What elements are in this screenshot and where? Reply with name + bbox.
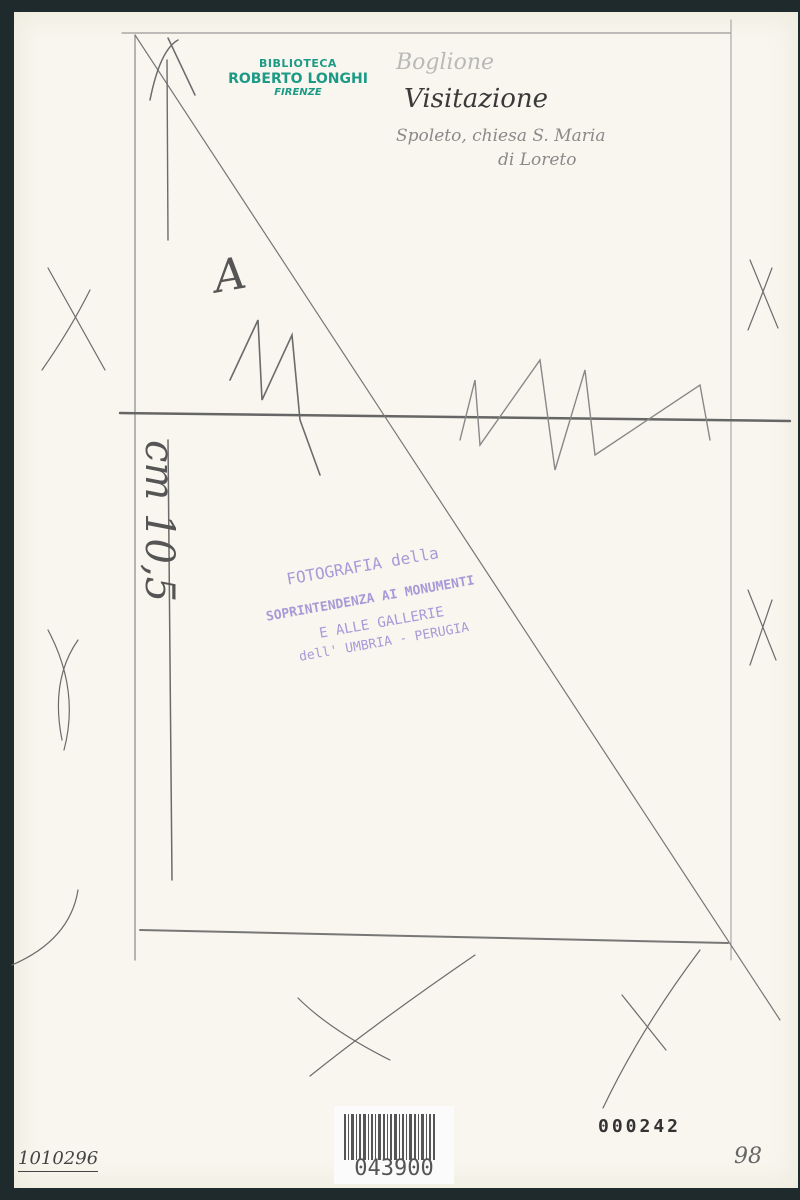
barcode-bars bbox=[344, 1114, 444, 1160]
serial-number: 000242 bbox=[598, 1116, 681, 1137]
handwritten-title: Visitazione bbox=[404, 84, 548, 114]
barcode-number: 043900 bbox=[334, 1156, 454, 1181]
handwritten-scale-note: cm 10,5 bbox=[136, 440, 182, 602]
barcode-label: 043900 bbox=[334, 1106, 454, 1184]
handwritten-place-line1: Spoleto, chiesa S. Maria bbox=[396, 126, 605, 146]
library-stamp: BIBLIOTECA ROBERTO LONGHI FIRENZE bbox=[218, 58, 378, 98]
page-note: 98 bbox=[734, 1144, 762, 1169]
library-stamp-line2: ROBERTO LONGHI bbox=[218, 71, 378, 87]
handwritten-author: Boglione bbox=[396, 50, 494, 75]
handwritten-place-line2: di Loreto bbox=[498, 150, 577, 170]
inventory-number: 1010296 bbox=[18, 1148, 98, 1172]
library-stamp-line3: FIRENZE bbox=[218, 87, 378, 99]
library-stamp-line1: BIBLIOTECA bbox=[218, 58, 378, 71]
